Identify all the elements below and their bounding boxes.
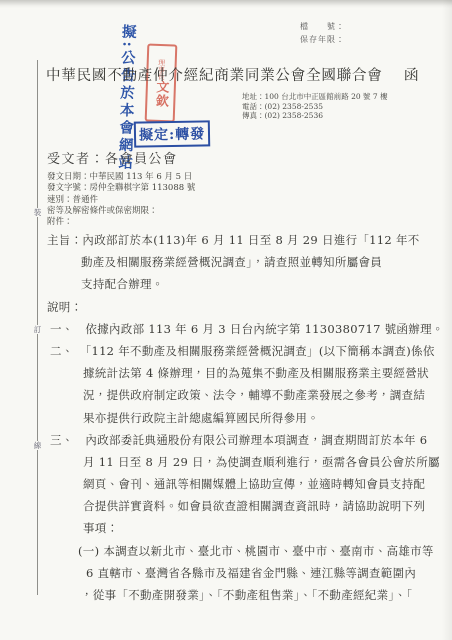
body-line: 一、 依據內政部 113 年 6 月 3 日台內統字第 1130380717 號… — [50, 318, 444, 340]
body-line: 6 直轄市、臺灣省各縣市及福建省金門縣、連江縣等調查範圍內 — [86, 562, 444, 584]
metadata-line: 發文日期：中華民國 113 年 6 月 5 日 — [47, 172, 195, 183]
body-line: 說明： — [47, 296, 444, 318]
retention-period-label: 保存年限： — [300, 33, 345, 46]
archive-header: 檔 號： 保存年限： — [300, 20, 345, 46]
body-line: 二、 「112 年不動產及相關服務業經營概況調查」(以下簡稱本調查)係依 — [50, 340, 444, 362]
metadata-line: 密等及解密條件或保密期限： — [47, 206, 195, 217]
metadata-line: 附件： — [47, 217, 195, 228]
dispatch-metadata: 發文日期：中華民國 113 年 6 月 5 日發文字號：房仲全聯棋字第 1130… — [47, 172, 195, 228]
metadata-line: 速別：普通件 — [47, 195, 195, 206]
body-line: 動產及相關服務業經營概況調查」，請查照並轉知所屬會員 — [81, 251, 444, 273]
contact-line: 傳真：(02) 2358-2536 — [242, 111, 388, 121]
binding-mark-ding: 訂 — [31, 325, 44, 334]
file-number-label: 檔 號： — [300, 20, 345, 33]
body-line: 果亦提供行政院主計總處編算國民所得參用。 — [83, 407, 444, 429]
body-line: (一) 本調查以新北市、臺北市、桃園市、臺中市、臺南市、高雄市等 — [78, 540, 444, 562]
contact-block: 地址：100 台北市中正區館前路 20 號 7 樓電話：(02) 2358-25… — [242, 92, 388, 121]
body-line: 據統計法第 4 條辦理，目的為蒐集不動產及相關服務業主要經營狀 — [83, 362, 444, 384]
contact-line: 地址：100 台北市中正區館前路 20 號 7 樓 — [242, 92, 388, 102]
blue-approval-stamp: 擬定:轉發 — [134, 120, 211, 147]
binding-mark-zhuang: 裝 — [31, 208, 44, 217]
body-line: 事項： — [83, 517, 444, 539]
metadata-line: 發文字號：房仲全聯棋字第 113088 號 — [47, 183, 195, 194]
scanned-official-letter: 檔 號： 保存年限： 擬:公告於本會網站 理事長 文欽 中華民國不動產仲介經紀商… — [0, 0, 452, 640]
body-line: 網頁、會刊、通訊等相關媒體上協助宣傳，並適時轉知會員支持配 — [83, 473, 444, 495]
body-line: 況，提供政府制定政策、法令，輔導不動產業發展之參考，調查結 — [83, 384, 444, 406]
body-line: 支持配合辦理。 — [81, 273, 444, 295]
binding-mark-xian: 線 — [31, 441, 44, 450]
body-line: 主旨：內政部訂於本(113)年 6 月 11 日至 8 月 29 日進行「112… — [47, 229, 444, 251]
body-line: ，從事「不動產開發業」、「不動產租售業」、「不動產經紀業」、「 — [81, 584, 444, 606]
document-type: 函 — [404, 68, 419, 84]
scan-edge-top — [0, 0, 452, 8]
body-line: 三、 內政部委託典通股份有限公司辦理本項調查，調查期間訂於本年 6 — [50, 429, 444, 451]
letter-body: 主旨：內政部訂於本(113)年 6 月 11 日至 8 月 29 日進行「112… — [47, 229, 444, 606]
body-line: 合提供詳實資料。如會員欲查證相關調查資訊時，請協助說明下列 — [83, 495, 444, 517]
contact-line: 電話：(02) 2358-2535 — [242, 102, 388, 112]
body-line: 月 11 日至 8 月 29 日，為使調查順利進行，亟需各會員公會於所屬 — [83, 451, 444, 473]
recipient-line: 受文者：各會員公會 — [47, 148, 178, 167]
organization-name: 中華民國不動產仲介經紀商業同業公會全國聯合會 — [46, 68, 383, 84]
document-title: 中華民國不動產仲介經紀商業同業公會全國聯合會 函 — [46, 64, 419, 85]
